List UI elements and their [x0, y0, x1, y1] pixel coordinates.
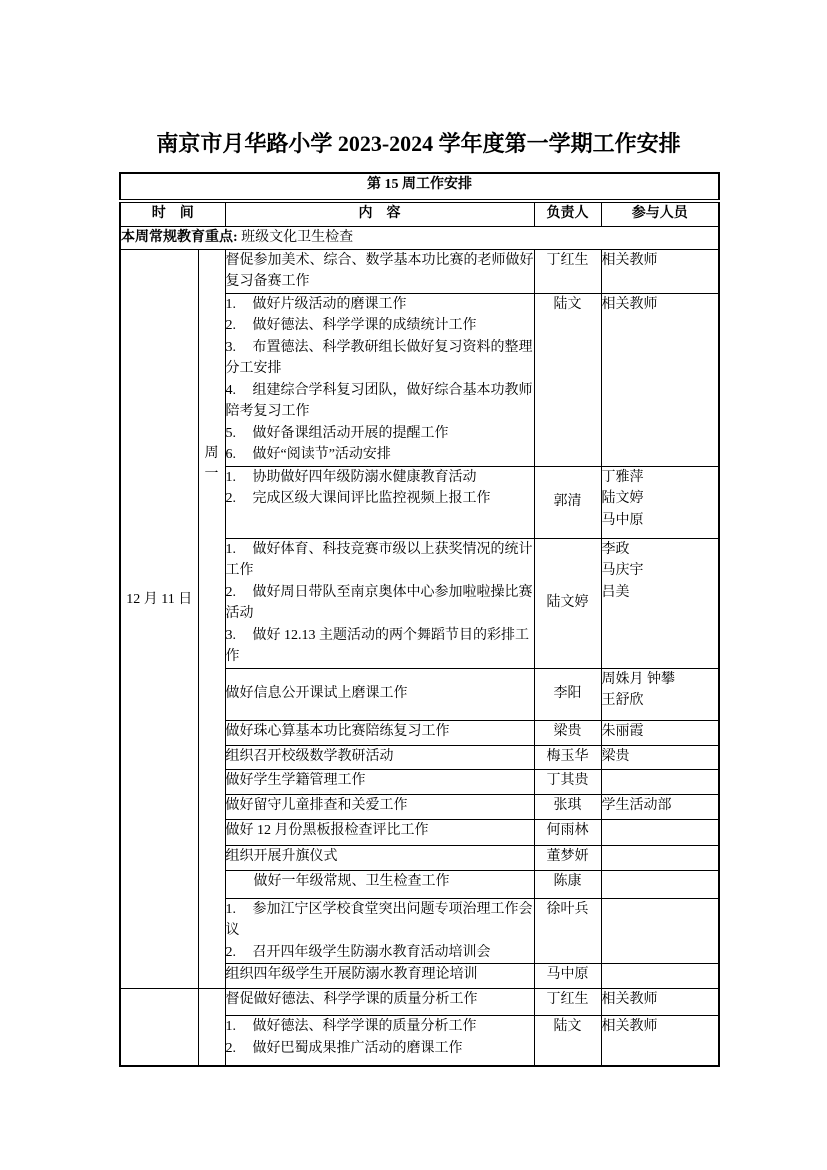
participants-cell: 梁贵 [601, 745, 719, 769]
column-header-row: 时 间 内 容 负责人 参与人员 [120, 201, 719, 227]
schedule-header-body: 第 15 周工作安排 时 间 内 容 负责人 参与人员 本周常规教育重点: 班级… [120, 173, 719, 249]
participants-cell [601, 964, 719, 989]
task-item: 4.组建综合学科复习团队，做好综合基本功教师陪考复习工作 [226, 380, 534, 423]
participant-name: 朱丽霞 [602, 721, 719, 743]
task-text: 做好信息公开课试上磨课工作 [226, 683, 534, 705]
participant-name: 马中原 [602, 510, 719, 532]
participants-cell: 学生活动部 [601, 794, 719, 819]
participants-cell: 朱丽霞 [601, 720, 719, 745]
week-header: 第 15 周工作安排 [120, 173, 719, 201]
leader-cell: 陆文 [534, 1016, 601, 1066]
item-text: 协助做好四年级防溺水健康教育活动 [253, 470, 477, 485]
leader-cell: 陆文 [534, 293, 601, 466]
participants-cell: 相关教师 [601, 249, 719, 293]
participant-name: 相关教师 [602, 294, 719, 316]
day-text: 周一 [199, 443, 225, 486]
item-text: 布置德法、科学教研组长做好复习资料的整理分工安排 [226, 340, 533, 377]
participants-cell: 相关教师 [601, 293, 719, 466]
task-item: 2.做好德法、科学学课的成绩统计工作 [226, 315, 534, 337]
task-content-cell: 组织召开校级数学教研活动 [225, 745, 534, 769]
leader-cell: 丁红生 [534, 989, 601, 1016]
task-item: 2.做好周日带队至南京奥体中心参加啦啦操比赛活动 [226, 582, 534, 625]
weekly-focus-row: 本周常规教育重点: 班级文化卫生检查 [120, 227, 719, 250]
leader-cell: 陆文婷 [534, 538, 601, 668]
participants-cell [601, 819, 719, 845]
participant-name: 马庆宇 [602, 560, 719, 582]
task-content-cell: 督促做好德法、科学学课的质量分析工作 [225, 989, 534, 1016]
task-content-cell: 做好学生学籍管理工作 [225, 769, 534, 794]
task-text: 组织四年级学生开展防溺水教育理论培训 [226, 964, 534, 986]
task-item: 3.做好 12.13 主题活动的两个舞蹈节目的彩排工作 [226, 625, 534, 668]
task-item: 1.做好德法、科学学课的质量分析工作 [226, 1016, 534, 1038]
task-content-cell: 做好一年级常规、卫生检查工作 [225, 870, 534, 898]
participants-cell: 丁雅萍陆文婷马中原 [601, 466, 719, 538]
leader-cell: 丁红生 [534, 249, 601, 293]
task-text: 组织开展升旗仪式 [226, 846, 534, 868]
day-cell: 周一 [198, 249, 225, 989]
participants-cell [601, 870, 719, 898]
leader-cell: 丁其贵 [534, 769, 601, 794]
item-number: 4. [226, 380, 253, 402]
task-content-cell: 1.协助做好四年级防溺水健康教育活动2.完成区级大课间评比监控视频上报工作 [225, 466, 534, 538]
task-content-cell: 做好珠心算基本功比赛陪练复习工作 [225, 720, 534, 745]
participants-cell [601, 898, 719, 964]
date-cell: 12 月 11 日 [120, 249, 198, 989]
item-text: 做好备课组活动开展的提醒工作 [253, 426, 449, 441]
leader-cell: 董梦妍 [534, 845, 601, 870]
leader-cell: 李阳 [534, 668, 601, 720]
participants-cell: 相关教师 [601, 1016, 719, 1066]
weekly-focus-label: 本周常规教育重点: [121, 230, 238, 245]
schedule-task-body: 12 月 11 日周一督促参加美术、综合、数学基本功比赛的老师做好复习备赛工作丁… [120, 249, 719, 1066]
item-text: 参加江宁区学校食堂突出问题专项治理工作会议 [226, 902, 533, 939]
task-text: 做好珠心算基本功比赛陪练复习工作 [226, 721, 534, 743]
task-content-cell: 做好留守儿童排查和关爱工作 [225, 794, 534, 819]
item-number: 2. [226, 582, 253, 604]
task-text: 做好学生学籍管理工作 [226, 770, 534, 792]
page-title: 南京市月华路小学 2023-2024 学年度第一学期工作安排 [119, 131, 718, 157]
participant-name: 陆文婷 [602, 488, 719, 510]
item-number: 1. [226, 899, 253, 921]
participant-name: 梁贵 [602, 746, 719, 768]
task-text: 做好留守儿童排查和关爱工作 [226, 795, 534, 817]
item-text: 做好德法、科学学课的成绩统计工作 [253, 318, 477, 333]
item-text: 完成区级大课间评比监控视频上报工作 [253, 491, 491, 506]
task-text: 督促参加美术、综合、数学基本功比赛的老师做好复习备赛工作 [226, 250, 534, 293]
task-item: 1.做好片级活动的磨课工作 [226, 294, 534, 316]
participant-name: 周姝月 钟攀 [602, 669, 719, 691]
document-page: 南京市月华路小学 2023-2024 学年度第一学期工作安排 第 15 周工作安… [119, 131, 718, 1067]
item-number: 1. [226, 294, 253, 316]
participant-name: 李政 [602, 539, 719, 561]
participant-name: 相关教师 [602, 989, 719, 1011]
item-number: 6. [226, 444, 253, 466]
date-text: 12 月 11 日 [121, 589, 198, 611]
participant-name: 相关教师 [602, 250, 719, 272]
task-row: 12 月 11 日周一督促参加美术、综合、数学基本功比赛的老师做好复习备赛工作丁… [120, 249, 719, 293]
item-number: 2. [226, 1038, 253, 1060]
leader-cell: 梁贵 [534, 720, 601, 745]
task-text: 做好 12 月份黑板报检查评比工作 [226, 820, 534, 842]
task-item: 2.召开四年级学生防溺水教育活动培训会 [226, 942, 534, 964]
task-content-cell: 1.做好体育、科技竞赛市级以上获奖情况的统计工作2.做好周日带队至南京奥体中心参… [225, 538, 534, 668]
task-content-cell: 1.做好德法、科学学课的质量分析工作2.做好巴蜀成果推广活动的磨课工作 [225, 1016, 534, 1066]
participants-cell: 相关教师 [601, 989, 719, 1016]
participant-name: 王舒欣 [602, 690, 719, 712]
item-number: 3. [226, 625, 253, 647]
task-content-cell: 督促参加美术、综合、数学基本功比赛的老师做好复习备赛工作 [225, 249, 534, 293]
participants-cell: 李政马庆宇吕美 [601, 538, 719, 668]
task-content-cell: 组织开展升旗仪式 [225, 845, 534, 870]
participant-name: 丁雅萍 [602, 467, 719, 489]
item-number: 1. [226, 539, 253, 561]
date-cell [120, 989, 198, 1066]
task-content-cell: 做好 12 月份黑板报检查评比工作 [225, 819, 534, 845]
weekly-focus-value: 班级文化卫生检查 [241, 230, 353, 245]
participants-cell [601, 845, 719, 870]
task-text: 组织召开校级数学教研活动 [226, 746, 534, 768]
task-content-cell: 做好信息公开课试上磨课工作 [225, 668, 534, 720]
day-cell [198, 989, 225, 1066]
task-content-cell: 1.做好片级活动的磨课工作2.做好德法、科学学课的成绩统计工作3.布置德法、科学… [225, 293, 534, 466]
task-item: 6.做好“阅读节”活动安排 [226, 444, 534, 466]
task-text: 做好一年级常规、卫生检查工作 [226, 871, 534, 893]
leader-cell: 梅玉华 [534, 745, 601, 769]
task-content-cell: 组织四年级学生开展防溺水教育理论培训 [225, 964, 534, 989]
task-item: 2.完成区级大课间评比监控视频上报工作 [226, 488, 534, 510]
participant-name: 相关教师 [602, 1016, 719, 1038]
col-header-content: 内 容 [225, 201, 534, 227]
leader-cell: 郭清 [534, 466, 601, 538]
weekly-focus-cell: 本周常规教育重点: 班级文化卫生检查 [120, 227, 719, 250]
task-item: 5.做好备课组活动开展的提醒工作 [226, 423, 534, 445]
leader-cell: 张琪 [534, 794, 601, 819]
task-item: 2.做好巴蜀成果推广活动的磨课工作 [226, 1038, 534, 1060]
item-number: 1. [226, 467, 253, 489]
item-text: 召开四年级学生防溺水教育活动培训会 [253, 945, 491, 960]
item-number: 3. [226, 337, 253, 359]
task-row: 督促做好德法、科学学课的质量分析工作丁红生相关教师 [120, 989, 719, 1016]
task-content-cell: 1.参加江宁区学校食堂突出问题专项治理工作会议2.召开四年级学生防溺水教育活动培… [225, 898, 534, 964]
task-item: 1.参加江宁区学校食堂突出问题专项治理工作会议 [226, 899, 534, 942]
item-text: 做好体育、科技竞赛市级以上获奖情况的统计工作 [226, 542, 533, 579]
leader-cell: 徐叶兵 [534, 898, 601, 964]
item-text: 做好 12.13 主题活动的两个舞蹈节目的彩排工作 [226, 628, 530, 665]
col-header-time: 时 间 [120, 201, 225, 227]
participants-cell [601, 769, 719, 794]
week-header-row: 第 15 周工作安排 [120, 173, 719, 201]
leader-cell: 马中原 [534, 964, 601, 989]
col-header-leader: 负责人 [534, 201, 601, 227]
leader-cell: 陈康 [534, 870, 601, 898]
item-number: 5. [226, 423, 253, 445]
task-item: 3.布置德法、科学教研组长做好复习资料的整理分工安排 [226, 337, 534, 380]
leader-cell: 何雨林 [534, 819, 601, 845]
participants-cell: 周姝月 钟攀王舒欣 [601, 668, 719, 720]
item-number: 2. [226, 488, 253, 510]
item-text: 做好周日带队至南京奥体中心参加啦啦操比赛活动 [226, 585, 533, 622]
item-number: 1. [226, 1016, 253, 1038]
col-header-participants: 参与人员 [601, 201, 719, 227]
item-number: 2. [226, 315, 253, 337]
item-text: 做好片级活动的磨课工作 [253, 297, 407, 312]
item-text: 做好德法、科学学课的质量分析工作 [253, 1019, 477, 1034]
item-text: 做好“阅读节”活动安排 [253, 447, 391, 462]
participant-name: 学生活动部 [602, 795, 719, 817]
task-text: 督促做好德法、科学学课的质量分析工作 [226, 989, 534, 1011]
task-item: 1.做好体育、科技竞赛市级以上获奖情况的统计工作 [226, 539, 534, 582]
item-text: 做好巴蜀成果推广活动的磨课工作 [253, 1041, 463, 1056]
schedule-table: 第 15 周工作安排 时 间 内 容 负责人 参与人员 本周常规教育重点: 班级… [119, 172, 720, 1067]
item-number: 2. [226, 942, 253, 964]
participant-name: 吕美 [602, 582, 719, 604]
task-item: 1.协助做好四年级防溺水健康教育活动 [226, 467, 534, 489]
item-text: 组建综合学科复习团队，做好综合基本功教师陪考复习工作 [226, 383, 533, 420]
